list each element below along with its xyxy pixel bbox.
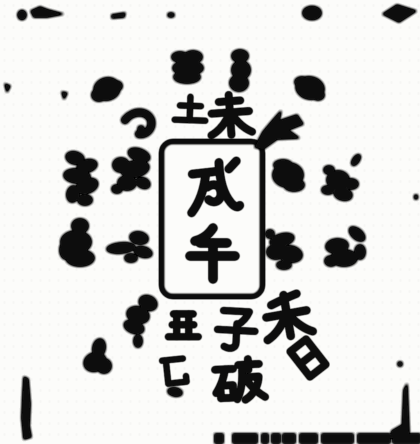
glyph-above-box-left [175, 96, 206, 120]
rule-dash [358, 434, 390, 443]
blot-left-upper-b [112, 146, 151, 193]
mark-left-tick-a [5, 84, 10, 92]
blot-top-right-column [230, 50, 250, 91]
mark-top-dot [18, 11, 26, 20]
glyph-below-left-top [168, 314, 198, 337]
blot-right-upper-b [322, 153, 362, 202]
mark-left-tick-b [62, 92, 67, 99]
blot-right-lower-a [266, 230, 303, 269]
blot-right-upper-a [273, 160, 304, 191]
mark-right-speck [398, 362, 402, 366]
mark-top-blob [303, 7, 321, 20]
glyph-zi [217, 310, 256, 349]
glyph-po [215, 358, 266, 401]
almanac-scan-page [0, 0, 420, 444]
rule-dash [393, 434, 420, 443]
mark-top-dash [112, 13, 125, 18]
blot-lower-left-column [123, 293, 160, 347]
rule-dash [300, 434, 317, 443]
mark-arrow-hand [255, 111, 303, 149]
mark-top-comet [31, 7, 63, 17]
rule-dash [262, 434, 268, 443]
glyph-below-right-top [260, 291, 312, 340]
blot-upper-right [294, 74, 326, 101]
glyph-below-right-bottom [290, 339, 325, 377]
blot-wang-drip [167, 387, 182, 397]
blot-triangle [82, 338, 111, 374]
rule-dash [322, 434, 353, 443]
blot-left-lower-b [107, 231, 153, 262]
mark-top-arrowhead [383, 5, 416, 22]
blot-top-left-pair [172, 51, 203, 83]
mark-right-speck-2 [415, 195, 418, 199]
blot-right-lower-b [325, 224, 367, 266]
rule-dash [283, 434, 295, 443]
glyph-below-left-bottom [162, 358, 186, 384]
glyph-above-box-right [209, 93, 252, 136]
rule-dash [233, 434, 257, 443]
rule-dash [272, 434, 280, 443]
blot-left-lower-a [60, 219, 94, 266]
mark-top-tick [168, 13, 174, 17]
torn-bottom-rule [215, 434, 420, 443]
blot-curl [125, 113, 151, 135]
blot-upper-left [92, 75, 123, 103]
scan-canvas [0, 0, 420, 444]
blot-left-upper-a [63, 150, 99, 205]
mark-ink-streak [22, 377, 31, 439]
rule-dash [215, 434, 223, 443]
